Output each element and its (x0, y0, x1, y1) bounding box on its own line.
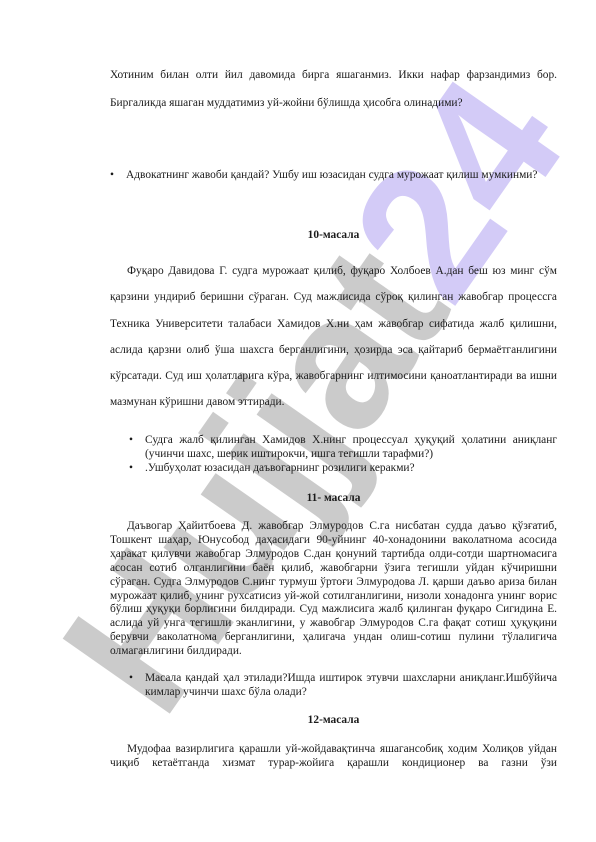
intro-line-1: Хотиним билан олти йил давомида бирга яш… (110, 61, 557, 89)
list-item-text: Судга жалб қилинган Хамидов Х.нинг проце… (145, 434, 557, 460)
task11-questions: • Масала қандай ҳал этилади?Ишда иштирок… (110, 671, 557, 699)
task11-title: 11- масала (110, 492, 557, 504)
list-item-text: .Ушбуҳолат юзасидан даъвогарнинг розилиг… (145, 462, 415, 474)
task11-body: Даъвогар Ҳайитбоева Д. жавобгар Элмуродо… (110, 520, 557, 659)
task10-title: 10-масала (110, 229, 557, 241)
list-item-text: Масала қандай ҳал этилади?Ишда иштирок э… (145, 672, 557, 698)
bullet-icon: • (110, 168, 114, 182)
bullet-icon: • (129, 671, 133, 685)
intro-line-2: Биргаликда яшаган муддатимиз уй-жойни бў… (110, 89, 557, 117)
document-page: Hujjat24 Хотиним билан олти йил давомида… (0, 0, 596, 842)
task12-body: Мудофаа вазирлигига қарашли уй-жойдавақт… (110, 742, 557, 770)
task10-body: Фуқаро Давидова Г. судга мурожаат қилиб,… (110, 258, 557, 416)
list-item: • Судга жалб қилинган Хамидов Х.нинг про… (110, 433, 557, 461)
intro-paragraph: Хотиним билан олти йил давомида бирга яш… (110, 61, 557, 117)
task12-title: 12-масала (110, 714, 557, 726)
list-item-text: Адвокатнинг жавоби қандай? Ушбу иш юзаси… (126, 169, 537, 181)
bullet-icon: • (129, 433, 133, 447)
list-item: • Адвокатнинг жавоби қандай? Ушбу иш юза… (110, 168, 557, 182)
bullet-icon: • (129, 461, 133, 475)
list-item: • .Ушбуҳолат юзасидан даъвогарнинг розил… (110, 461, 557, 475)
task9-questions: • Адвокатнинг жавоби қандай? Ушбу иш юза… (110, 168, 557, 182)
list-item: • Масала қандай ҳал этилади?Ишда иштирок… (110, 671, 557, 699)
task10-questions: • Судга жалб қилинган Хамидов Х.нинг про… (110, 433, 557, 475)
